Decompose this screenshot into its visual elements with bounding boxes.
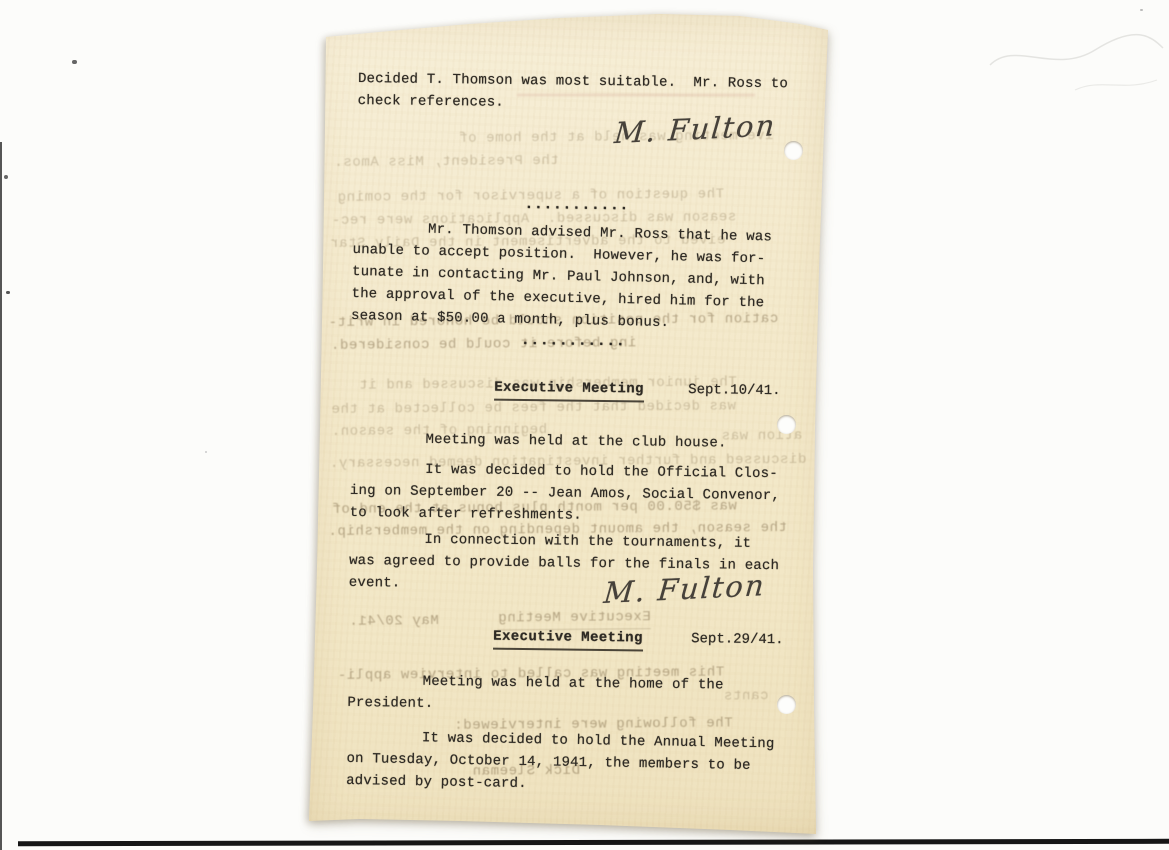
typed-text-layer: Decided T. Thomson was most suitable. Mr…: [291, 7, 836, 845]
meeting-heading-sept29: Executive Meeting: [493, 627, 643, 652]
thomson-paragraph: Mr. Thomson advised Mr. Ross that he was…: [351, 217, 772, 336]
sept29-paragraph-1: Meeting was held at the home of the Pres…: [347, 670, 724, 719]
sept10-paragraph-2: It was decided to hold the Official Clos…: [350, 458, 781, 529]
scanner-speck: [205, 451, 207, 453]
scanner-speck: [6, 291, 10, 294]
punch-hole: [784, 141, 803, 160]
sept10-paragraph-1: Meeting was held at the club house.: [350, 428, 726, 455]
meeting-date-sept29: Sept.29/41.: [691, 629, 784, 650]
punch-hole: [777, 695, 796, 714]
sept29-paragraph-2: It was decided to hold the Annual Meetin…: [346, 726, 775, 799]
dotted-separator: ...........: [521, 334, 626, 349]
signature-m-fulton: M. Fulton: [613, 108, 778, 150]
text-line: Meeting was held at the club house.: [350, 428, 726, 455]
dotted-separator: ...........: [524, 198, 629, 213]
punch-hole: [777, 415, 796, 434]
scanner-edge-line: [0, 142, 2, 850]
meeting-heading-sept10: Executive Meeting: [494, 378, 644, 403]
scanned-minutes-page: ive meeting was held at the home of the …: [0, 0, 1169, 850]
scanner-smudge-marks: [985, 20, 1165, 100]
meeting-date-sept10: Sept.10/41.: [688, 380, 781, 401]
text-line: President.: [347, 692, 723, 719]
signature-m-fulton: M. Fulton: [602, 568, 767, 610]
scanner-speck: [72, 60, 77, 64]
scanner-speck: [4, 175, 8, 179]
paper-sheet: ive meeting was held at the home of the …: [300, 8, 835, 840]
scanner-speck: [1140, 9, 1143, 11]
